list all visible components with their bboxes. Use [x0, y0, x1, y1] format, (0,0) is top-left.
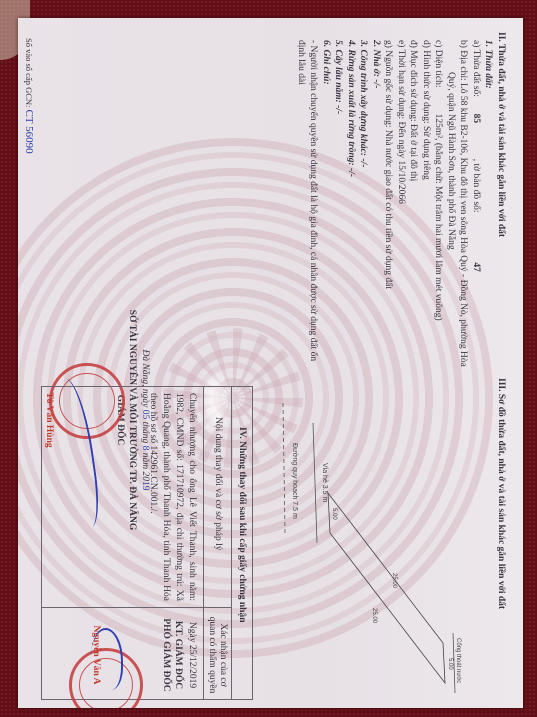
confirmation-title-1: KT. GIÁM ĐỐC — [172, 613, 185, 697]
usage-purpose: đ) Mục đích sử dụng: Đất ở tại đô thị — [407, 32, 420, 367]
section-2-land-parcel: II. Thửa đất, nhà ở và tài sản khác gắn … — [295, 32, 508, 367]
svg-text:5.00: 5.00 — [447, 658, 453, 670]
svg-text:5.00: 5.00 — [331, 508, 337, 520]
map-sheet-number: 47 — [471, 262, 481, 272]
area-line: c) Diện tích: 125m², (bằng chữ: Một trăm… — [432, 32, 445, 367]
other-construction-item: 3. Công trình xây dựng khác: -/- — [357, 32, 370, 367]
parcel-number-line: a) Thửa đất số: 85 , tờ bản đồ số: 47 — [470, 32, 483, 367]
address-line: b) Địa chỉ: Lô 58 khu B2-106, Khu đô thị… — [457, 32, 470, 367]
svg-text:25.00: 25.00 — [391, 573, 397, 589]
section-2-heading: II. Thửa đất, nhà ở và tài sản khác gắn … — [495, 32, 508, 367]
perennial-tree-item: 5. Cây lâu năm: -/- — [332, 32, 345, 367]
address-line-2: Quý, quận Ngũ Hành Sơn, thành phố Đà Nẵn… — [445, 32, 458, 367]
notes-heading: 6. Ghi chú: — [320, 32, 333, 367]
svg-text:Đường quy hoạch 7.5 m: Đường quy hoạch 7.5 m — [291, 443, 298, 519]
section-3-heading: III. Sơ đồ thửa đất, nhà ở và tài sản kh… — [495, 378, 508, 609]
table-header-confirmation: Xác nhận của cơ quan có thẩm quyền — [206, 613, 228, 697]
table-header-content: Nội dung thay đổi và cơ sở pháp lý — [212, 417, 225, 551]
usage-form: d) Hình thức sử dụng: Sử dụng riêng — [420, 32, 433, 367]
forest-item: 4. Rừng sản xuất là rừng trồng: -/- — [345, 32, 358, 367]
note-text: - Người nhận chuyển quyền sử dụng đất là… — [307, 32, 320, 367]
note-text-2: định lâu dài — [295, 32, 308, 367]
usage-origin: g) Nguồn gốc sử dụng: Nhà nước giao đất … — [382, 32, 395, 367]
usage-term: e) Thời hạn sử dụng: Đến ngày 15/10/2066 — [395, 32, 408, 367]
house-item: 2. Nhà ở: -/- — [370, 32, 383, 367]
subsection-parcel: 1. Thửa đất: — [482, 32, 495, 367]
svg-text:25.00: 25.00 — [371, 608, 377, 624]
parcel-number: 85 — [471, 114, 481, 124]
svg-text:Cống thoát nước: Cống thoát nước — [455, 638, 461, 683]
confirmation-title-2: PHÓ GIÁM ĐỐC — [160, 613, 173, 697]
register-number: CT 56090 — [23, 110, 35, 154]
change-content: Chuyển nhượng cho ông Lê Viết Thanh, sin… — [146, 393, 198, 601]
area-value: 125m², (bằng chữ: Một trăm hai mươi lăm … — [434, 114, 444, 321]
section-4-changes-table: IV. Những thay đổi sau khi cấp giấy chứn… — [41, 386, 253, 700]
confirmation-date: Ngày 25/12/2019 — [186, 613, 199, 697]
section-4-heading: IV. Những thay đổi sau khi cấp giấy chứn… — [236, 427, 249, 623]
certificate-register-number: Số vào sổ cấp GCN: CT 56090 — [23, 38, 35, 154]
land-use-certificate-page: II. Thửa đất, nhà ở và tài sản khác gắn … — [18, 18, 523, 708]
parcel-diagram: Đường quy hoạch 7.5 m Vỉa hè 3.5 m 5.00 … — [253, 383, 463, 703]
